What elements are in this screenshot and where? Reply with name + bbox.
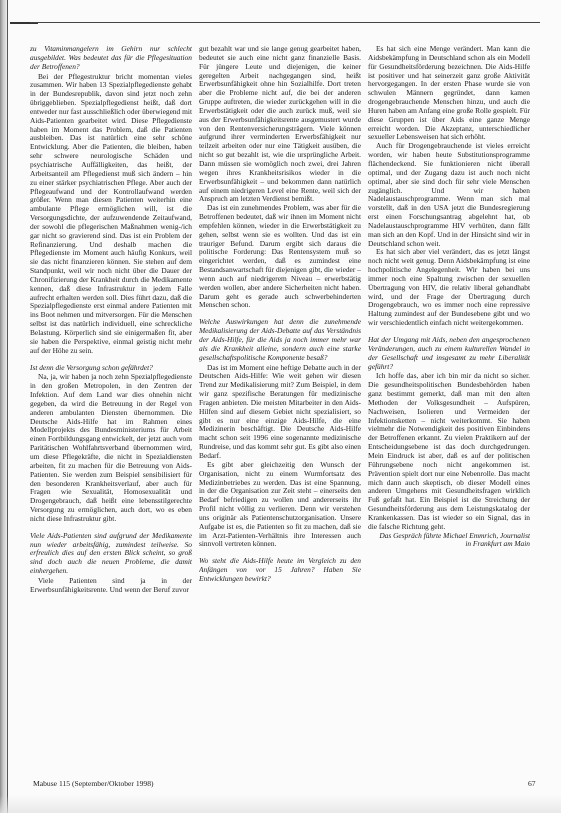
scan-binding-line: [7, 0, 8, 813]
footer-issue: Mabuse 115 (September/Oktober 1998): [33, 779, 154, 788]
answer-paragraph: Das ist im Moment eine heftige Debatte a…: [199, 364, 361, 461]
column-1: zu Vitaminmangelern im Gehirn nur schlec…: [30, 45, 192, 755]
interview-question: Viele Aids-Patienten sind aufgrund der M…: [30, 532, 192, 576]
header-rule: [30, 22, 540, 23]
scan-binding-shadow: [0, 0, 7, 813]
interview-question: Welche Auswirkungen hat denn die zunehme…: [199, 318, 361, 362]
answer-paragraph: Ich hoffe das, aber ich bin mir da nicht…: [368, 372, 530, 531]
interview-question: Wo steht die Aids-Hilfe heute im Verglei…: [199, 557, 361, 584]
interview-question: Hat der Umgang mit Aids, neben den anges…: [368, 336, 530, 371]
page-number: 67: [528, 779, 536, 788]
answer-paragraph: Auch für Drogengebrauchende ist vieles e…: [368, 142, 530, 248]
document-page: zu Vitaminmangelern im Gehirn nur schlec…: [0, 0, 561, 813]
interview-question: Ist denn die Versorgung schon gefährdet?: [30, 364, 192, 373]
answer-paragraph: gut bezahlt war und sie lange genug gear…: [199, 45, 361, 204]
interview-question: zu Vitaminmangelern im Gehirn nur schlec…: [30, 45, 192, 72]
article-columns: zu Vitaminmangelern im Gehirn nur schlec…: [30, 45, 535, 755]
column-3: Es hat sich eine Menge verändert. Man ka…: [368, 45, 530, 755]
answer-paragraph: Es hat sich aber viel verändert, das es …: [368, 248, 530, 328]
scan-shade: [0, 795, 561, 813]
answer-paragraph: Na, ja, wir haben ja noch zehn Spezialpf…: [30, 373, 192, 523]
interview-credit: Das Gespräch führte Michael Emmrich, Jou…: [368, 532, 530, 550]
answer-paragraph: Das ist ein zunehmendes Problem, was abe…: [199, 204, 361, 310]
answer-paragraph: Viele Patienten sind ja in der Erwerbsun…: [30, 577, 192, 595]
answer-paragraph: Es hat sich eine Menge verändert. Man ka…: [368, 45, 530, 142]
answer-paragraph: Bei der Pflegestruktur bricht momentan v…: [30, 73, 192, 356]
column-2: gut bezahlt war und sie lange genug gear…: [199, 45, 361, 755]
answer-paragraph: Es gibt aber gleichzeitig den Wunsch der…: [199, 461, 361, 549]
